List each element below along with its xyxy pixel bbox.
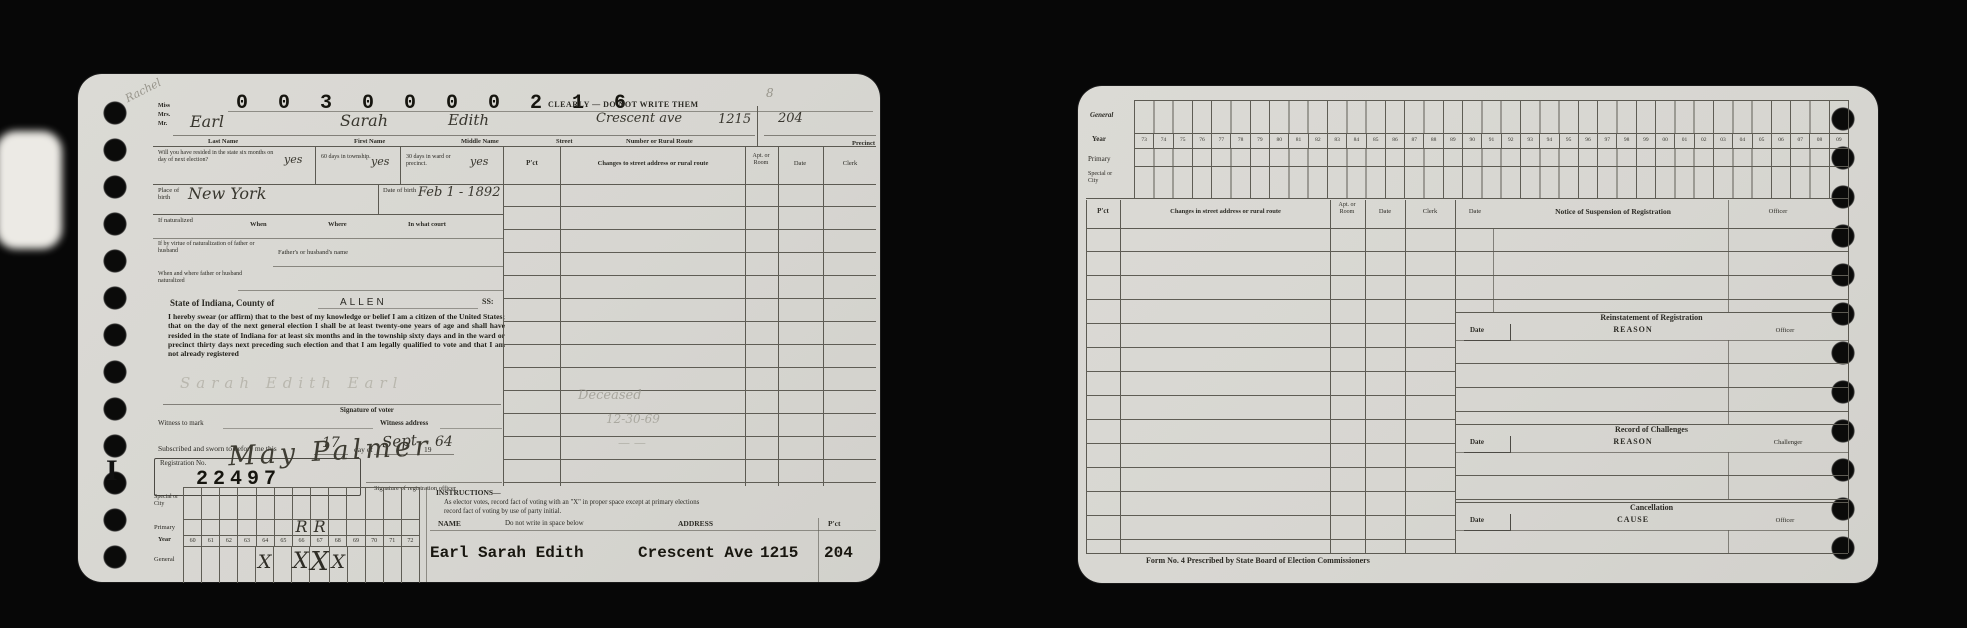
label-special-or-city: Special or City — [1088, 171, 1118, 184]
instructions-line1: As elector votes, record fact of voting … — [444, 499, 864, 507]
special-cell — [365, 488, 383, 520]
year-cell: 79 — [1250, 133, 1269, 148]
label-registration-no: Registration No. — [160, 460, 206, 468]
changes-row-lines — [503, 184, 876, 487]
year-cell: 75 — [1173, 133, 1192, 148]
year-cell: 89 — [1443, 133, 1462, 148]
divider — [400, 146, 401, 184]
special-cell — [237, 488, 255, 520]
year-cell: 77 — [1211, 133, 1230, 148]
special-cell — [383, 488, 401, 520]
middle-name-value: Edith — [448, 111, 489, 129]
affidavit-body: I hereby swear (or affirm) that to the b… — [168, 312, 505, 358]
vote-grid-general-row: XXXX — [183, 546, 420, 583]
record-header-pct: P'ct — [828, 520, 841, 528]
special-cell — [346, 488, 364, 520]
record-header-address: ADDRESS — [678, 520, 713, 528]
primary-mark-cell — [201, 520, 219, 536]
special-cell — [219, 488, 237, 520]
rule — [440, 428, 502, 429]
general-mark-cell — [237, 547, 255, 583]
cancellation-date-box — [1464, 514, 1511, 531]
label-when-where-father: When and where father or husband natural… — [158, 271, 268, 284]
label-number: Number or Rural Route — [626, 138, 693, 145]
label-witness-to-mark: Witness to mark — [158, 420, 204, 428]
year-cell: 83 — [1327, 133, 1346, 148]
divider — [1728, 200, 1729, 312]
label-street: Street — [556, 138, 572, 145]
label-primary: Primary — [1088, 156, 1111, 164]
year-cell: 74 — [1153, 133, 1172, 148]
rule — [153, 146, 876, 147]
year-cell: 09 — [1829, 133, 1848, 148]
special-row-columns — [1134, 166, 1849, 198]
primary-mark-cell — [256, 520, 274, 536]
challenges-rows — [1455, 452, 1848, 500]
answer-residence-state: yes — [284, 153, 302, 166]
challenges-reason: REASON — [1518, 438, 1748, 447]
special-cell — [201, 488, 219, 520]
label-if-naturalized: If naturalized — [158, 217, 202, 224]
suspension-header-officer: Officer — [1738, 208, 1818, 215]
divider — [1848, 100, 1849, 553]
label-general: General — [154, 556, 175, 563]
year-cell: 08 — [1809, 133, 1828, 148]
divider — [426, 487, 427, 582]
primary-mark-cell — [219, 520, 237, 536]
rule — [318, 308, 478, 309]
label-primary: Primary — [154, 524, 175, 531]
year-cell: 91 — [1481, 133, 1500, 148]
film-artifact-blob — [0, 131, 62, 249]
label-middle-name: Middle Name — [461, 138, 499, 145]
primary-mark-cell — [328, 520, 346, 536]
challenges-title: Record of Challenges — [1455, 426, 1848, 435]
primary-mark-cell — [346, 520, 364, 536]
sworn-year: 64 — [435, 434, 453, 450]
year-cell: 94 — [1539, 133, 1558, 148]
year-cell: 88 — [1423, 133, 1442, 148]
table-header-pct: P'ct — [1086, 208, 1120, 216]
suspension-header-date: Date — [1458, 208, 1492, 215]
rule — [153, 214, 503, 215]
pencil-illegible: — — — [618, 436, 646, 450]
table-header-apt: Apt. or Room — [1332, 202, 1362, 215]
rule — [163, 404, 501, 405]
vote-grid-special-row — [183, 487, 420, 520]
label-date-of-birth: Date of birth — [383, 187, 417, 194]
primary-mark-cell — [365, 520, 383, 536]
divider — [818, 518, 819, 582]
special-cell — [274, 488, 292, 520]
registration-card-front: Rachel 0 0 3 0 0 0 0 2 1 6 CLEARLY — DO … — [78, 74, 880, 582]
primary-mark-cell — [237, 520, 255, 536]
year-cell: 03 — [1713, 133, 1732, 148]
pencil-note: Rachel — [123, 76, 163, 105]
number-value: 1215 — [718, 112, 751, 127]
label-where: Where — [328, 221, 347, 228]
changes-header-clerk: Clerk — [826, 160, 874, 167]
index-stamp: I — [106, 454, 118, 488]
year-row: 7374757677787980818283848586878889909192… — [1134, 133, 1849, 148]
primary-mark-cell — [274, 520, 292, 536]
corner-mark: 8 — [766, 86, 774, 100]
challenges-challenger: Challenger — [1750, 439, 1826, 446]
label-signature-of-voter: Signature of voter — [340, 407, 394, 415]
rule — [153, 238, 503, 239]
reinstatement-date-box — [1464, 324, 1511, 341]
form-footer: Form No. 4 Prescribed by State Board of … — [1146, 557, 1370, 566]
primary-mark-cell — [383, 520, 401, 536]
suspension-rows — [1455, 228, 1848, 312]
rule — [430, 530, 876, 531]
first-name-value: Sarah — [340, 111, 388, 130]
rule — [228, 111, 873, 112]
general-mark-cell — [401, 547, 419, 583]
special-cell — [256, 488, 274, 520]
general-mark-cell: X — [329, 547, 347, 583]
special-cell — [292, 488, 310, 520]
label-father-husband-name: Father's or husband's name — [278, 249, 348, 256]
rule — [1455, 530, 1848, 531]
affidavit-ss: SS: — [482, 298, 494, 307]
general-mark-cell — [383, 547, 401, 583]
place-of-birth-value: New York — [188, 184, 266, 203]
year-cell: 07 — [1790, 133, 1809, 148]
reinstatement-title: Reinstatement of Registration — [1455, 314, 1848, 323]
table-header-date: Date — [1366, 208, 1404, 215]
year-cell: 81 — [1288, 133, 1307, 148]
year-cell: 01 — [1674, 133, 1693, 148]
year-cell: 92 — [1501, 133, 1520, 148]
divider — [315, 146, 316, 184]
typed-number: 1215 — [760, 544, 798, 562]
rule — [1086, 553, 1848, 554]
instructions-line2: record fact of voting by use of party in… — [444, 508, 864, 516]
last-name-value: Earl — [190, 112, 224, 131]
year-cell: 00 — [1655, 133, 1674, 148]
date-of-birth-value: Feb 1 - 1892 — [418, 185, 500, 200]
special-cell — [183, 488, 201, 520]
year-cell: 93 — [1520, 133, 1539, 148]
rule — [1086, 198, 1848, 199]
typed-pct: 204 — [824, 544, 853, 562]
changes-header-pct: P'ct — [510, 160, 554, 168]
cancellation-title: Cancellation — [1455, 504, 1848, 513]
primary-mark-cell: R — [310, 520, 328, 536]
year-cell: 78 — [1230, 133, 1249, 148]
reinstatement-reason: REASON — [1518, 326, 1748, 335]
primary-row-columns — [1134, 148, 1849, 166]
table-header-clerk: Clerk — [1406, 208, 1454, 215]
vote-grid-primary-row: RR — [183, 519, 420, 536]
street-value: Crescent ave — [596, 111, 682, 126]
divider — [378, 184, 379, 214]
special-cell — [310, 488, 328, 520]
pencil-deceased: Deceased — [578, 388, 642, 403]
general-mark-cell — [201, 547, 219, 583]
typed-name: Earl Sarah Edith — [430, 544, 584, 562]
year-cell: 02 — [1694, 133, 1713, 148]
divider — [757, 106, 758, 146]
label-when: When — [250, 221, 267, 228]
year-cell: 95 — [1559, 133, 1578, 148]
label-what-court: In what court — [408, 221, 446, 228]
year-cell: 87 — [1404, 133, 1423, 148]
label-by-virtue: If by virtue of naturalization of father… — [158, 241, 258, 254]
changes-header-changes: Changes to street address or rural route — [568, 160, 738, 167]
label-year: Year — [1092, 136, 1106, 144]
film-noise — [0, 0, 2, 2]
label-last-name: Last Name — [208, 138, 238, 145]
general-mark-cell — [183, 547, 201, 583]
rule — [173, 135, 755, 136]
year-cell: 86 — [1385, 133, 1404, 148]
reinstatement-rows — [1455, 340, 1848, 424]
year-cell: 82 — [1308, 133, 1327, 148]
year-cell: 97 — [1597, 133, 1616, 148]
year-cell: 98 — [1616, 133, 1635, 148]
punch-holes-left — [102, 98, 128, 582]
changes-row-lines — [1086, 228, 1455, 553]
header-warning: CLEARLY — DO NOT WRITE THEM — [548, 101, 699, 110]
registration-card-back: General Year Primary Special or City 737… — [1078, 86, 1878, 583]
year-cell: 04 — [1732, 133, 1751, 148]
cancellation-cause: CAUSE — [1518, 516, 1748, 525]
typed-street: Crescent Ave — [638, 544, 753, 562]
reinstatement-officer: Officer — [1750, 327, 1820, 334]
affidavit-county: ALLEN — [340, 297, 387, 308]
voter-signature-faint: Sarah Edith Earl — [180, 374, 403, 392]
year-cell: 85 — [1366, 133, 1385, 148]
challenges-date-box — [1464, 436, 1511, 453]
general-mark-cell: X — [255, 547, 273, 583]
label-special-or-city: Special or City — [154, 494, 184, 507]
rule — [238, 290, 503, 291]
general-mark-cell: X — [291, 547, 309, 583]
primary-mark-cell — [401, 520, 419, 536]
general-mark-cell: X — [309, 547, 329, 583]
rule — [366, 482, 502, 483]
year-cell: 90 — [1462, 133, 1481, 148]
year-cell: 96 — [1578, 133, 1597, 148]
divider — [1493, 228, 1494, 312]
year-cell: 84 — [1346, 133, 1365, 148]
title-miss: Miss — [158, 103, 170, 110]
label-general: General — [1090, 112, 1113, 120]
year-cell: 06 — [1771, 133, 1790, 148]
table-header-changes: Changes in street address or rural route — [1128, 208, 1323, 215]
general-row-columns — [1134, 100, 1849, 133]
title-mrs: Mrs. — [158, 112, 170, 119]
record-header-note: Do not write in space below — [505, 520, 584, 528]
record-header-name: NAME — [438, 520, 461, 528]
answer-township: yes — [371, 155, 389, 168]
answer-ward: yes — [470, 155, 488, 168]
general-mark-cell — [365, 547, 383, 583]
divider — [1728, 530, 1729, 553]
year-cell: 99 — [1636, 133, 1655, 148]
general-mark-cell — [219, 547, 237, 583]
rule — [764, 135, 876, 136]
officer-signature: May Palmer — [227, 431, 432, 473]
title-mr: Mr. — [158, 121, 167, 128]
rule — [223, 428, 373, 429]
general-mark-cell — [347, 547, 365, 583]
label-first-name: First Name — [354, 138, 385, 145]
special-cell — [401, 488, 419, 520]
question-residence-state: Will you have resided in the state six m… — [158, 150, 280, 163]
general-mark-cell — [273, 547, 291, 583]
label-year: Year — [158, 536, 171, 543]
special-cell — [328, 488, 346, 520]
divider — [1728, 340, 1729, 424]
divider — [1728, 452, 1729, 500]
question-township: 60 days in township. — [321, 154, 371, 161]
instructions-title: INSTRUCTIONS— — [436, 489, 501, 497]
year-cell: 76 — [1192, 133, 1211, 148]
precinct-value: 204 — [778, 111, 803, 126]
suspension-title: Notice of Suspension of Registration — [1498, 208, 1728, 216]
year-cell: 05 — [1752, 133, 1771, 148]
primary-mark-cell: R — [292, 520, 310, 536]
pencil-date: 12-30-69 — [606, 412, 660, 426]
cancellation-officer: Officer — [1750, 517, 1820, 524]
question-ward: 30 days in ward or precinct. — [406, 154, 464, 167]
label-witness-address: Witness address — [380, 420, 428, 428]
changes-header-date: Date — [780, 160, 820, 167]
microfilm-scan: Rachel 0 0 3 0 0 0 0 2 1 6 CLEARLY — DO … — [0, 0, 1967, 628]
year-cell: 80 — [1269, 133, 1288, 148]
affidavit-intro: State of Indiana, County of — [170, 298, 274, 308]
changes-header-apt: Apt. or Room — [747, 153, 775, 166]
primary-mark-cell — [183, 520, 201, 536]
rule — [273, 266, 503, 267]
year-cell: 73 — [1134, 133, 1153, 148]
label-place-of-birth: Place of birth — [158, 187, 192, 202]
